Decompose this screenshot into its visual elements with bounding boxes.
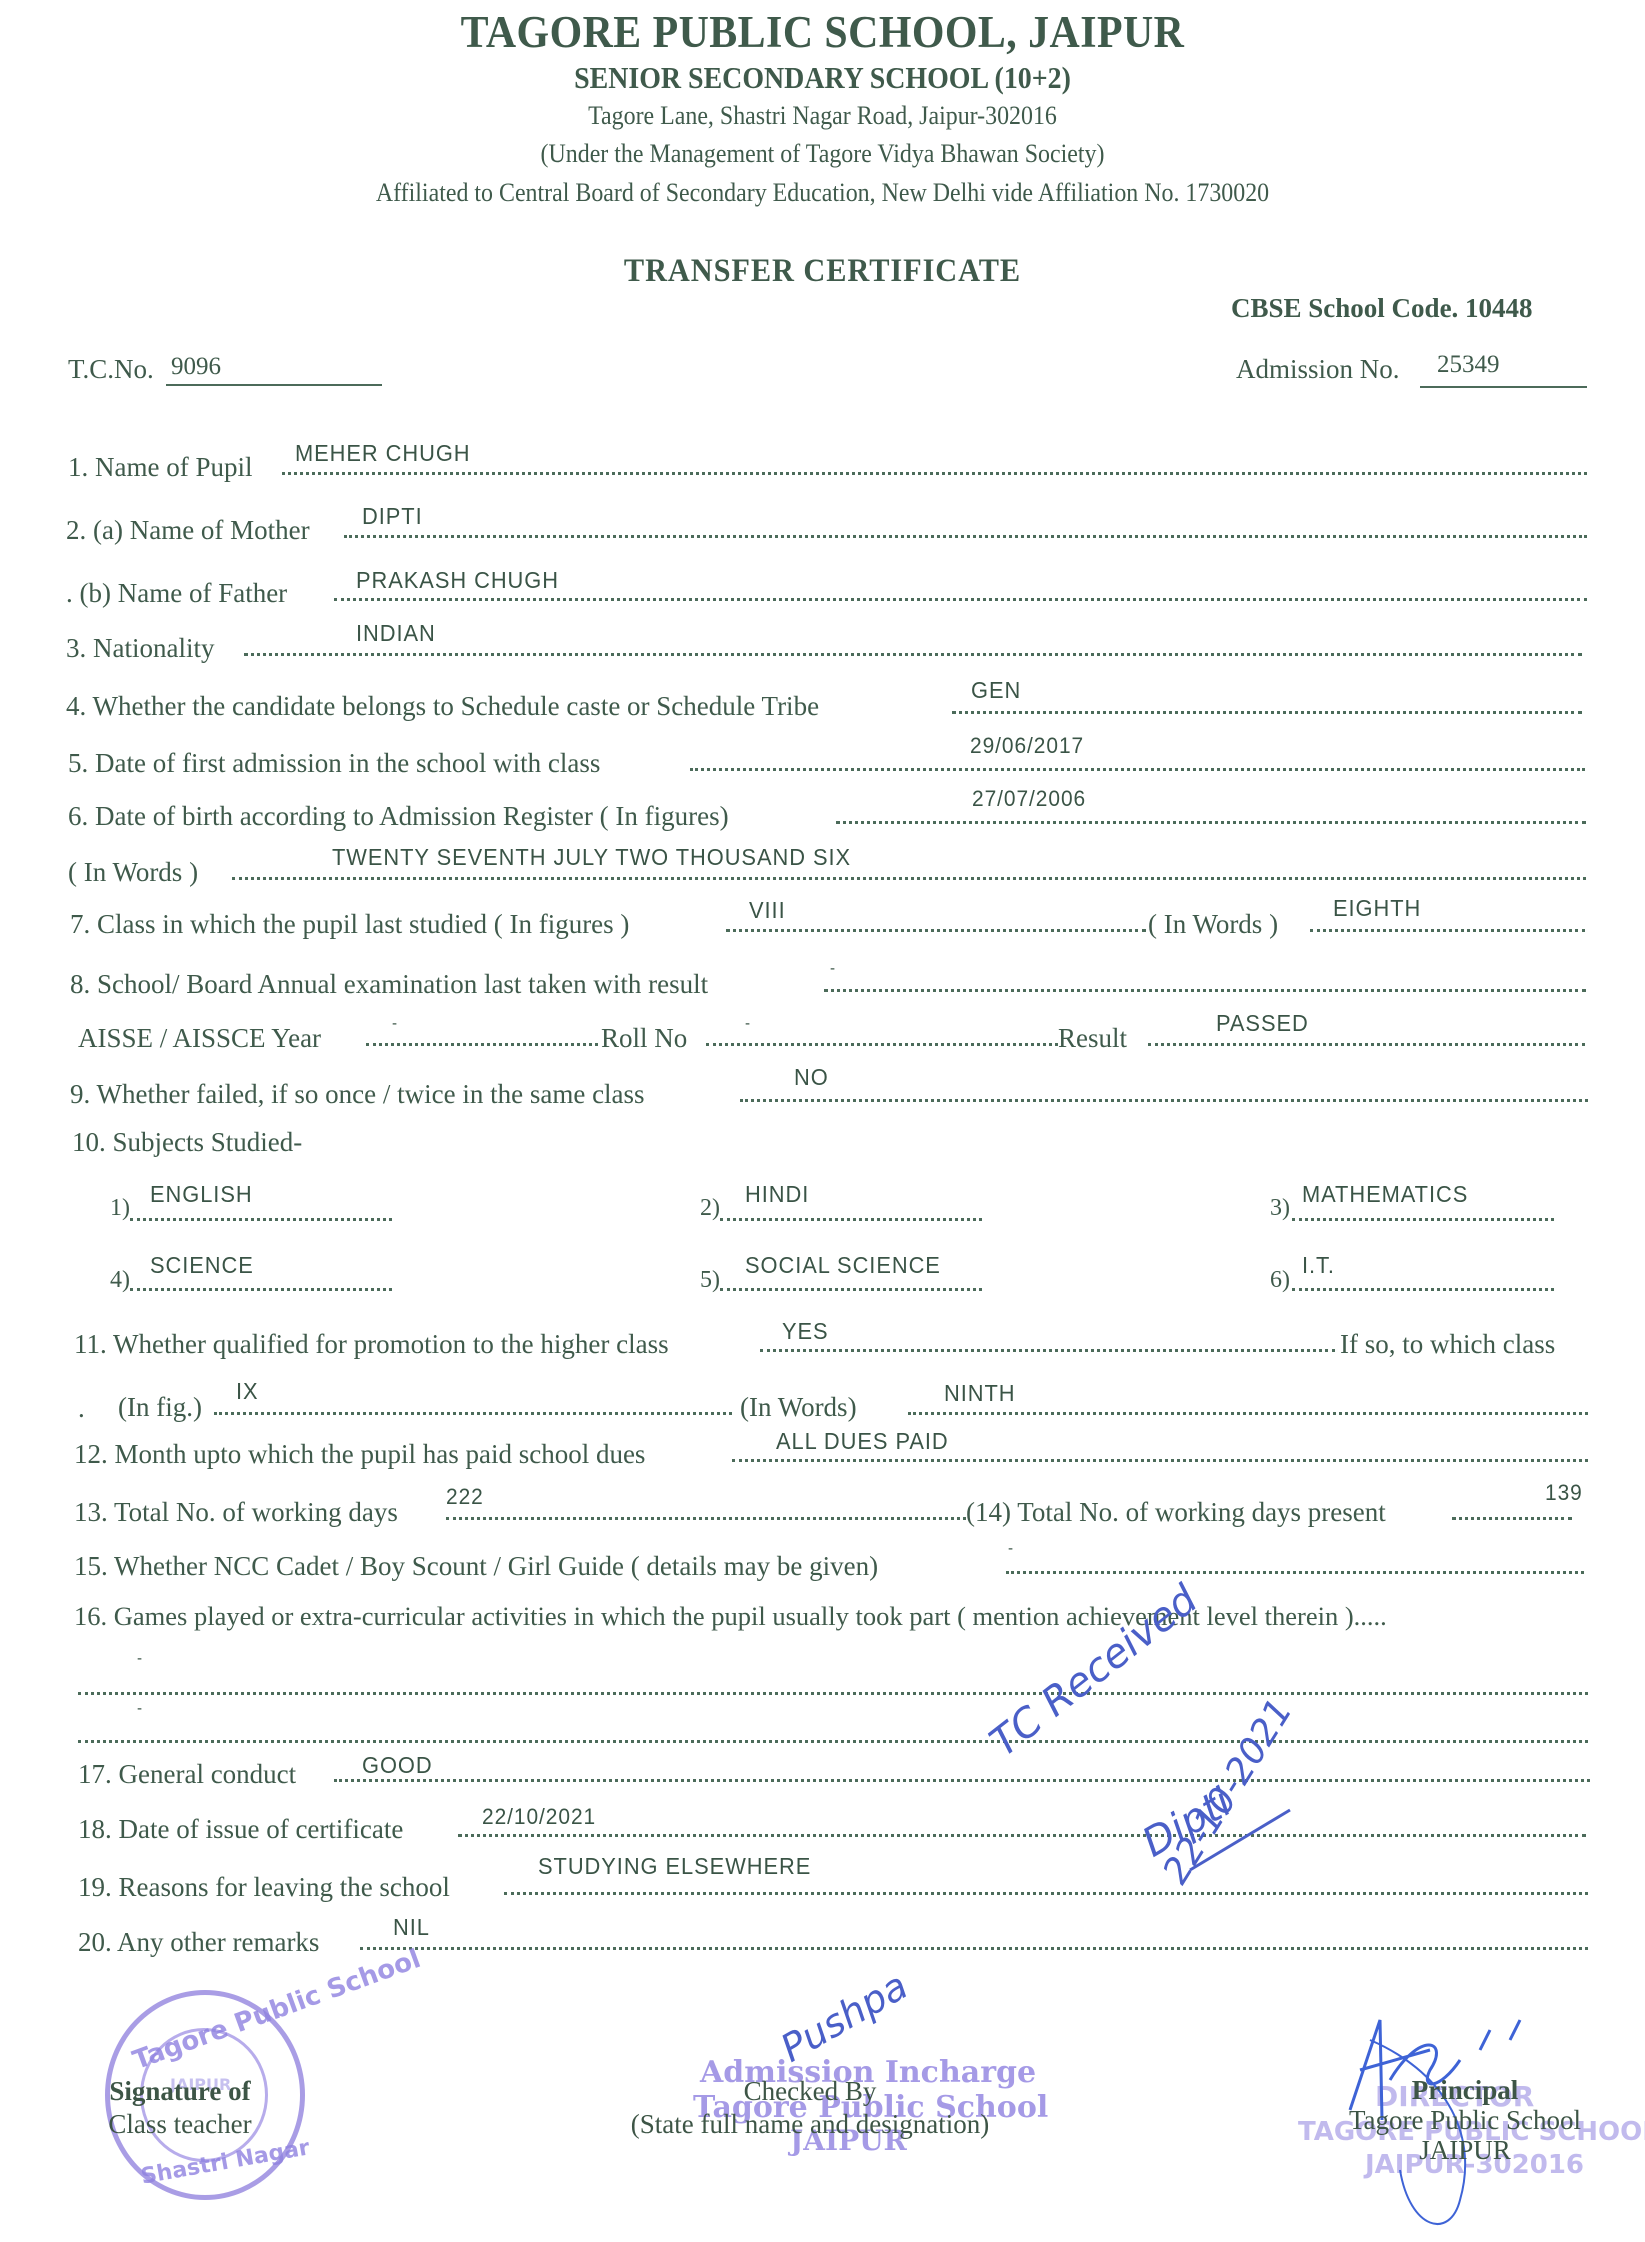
dotted-line <box>366 1043 598 1046</box>
subject-number: 6) <box>1270 1264 1290 1296</box>
dotted-line <box>726 929 1146 932</box>
admission-number-label: Admission No. <box>1236 353 1400 385</box>
dotted-line <box>824 989 1586 992</box>
field-label-aisse-year: AISSE / AISSCE Year <box>78 1022 321 1054</box>
subject-name: SCIENCE <box>150 1252 254 1279</box>
father-name-value: PRAKASH CHUGH <box>356 567 559 594</box>
field-label-first-admission: 5. Date of first admission in the school… <box>68 747 600 779</box>
dotted-line <box>1310 929 1585 932</box>
conduct-value: GOOD <box>362 1752 433 1779</box>
field-label-mother-name: 2. (a) Name of Mother <box>66 514 310 546</box>
last-class-words-value: EIGHTH <box>1333 895 1421 922</box>
school-name: TAGORE PUBLIC SCHOOL, JAIPUR <box>58 6 1588 58</box>
field-label-dues: 12. Month upto which the pupil has paid … <box>74 1438 645 1470</box>
dotted-line <box>130 1288 392 1291</box>
subject-name: HINDI <box>745 1181 809 1208</box>
dotted-line <box>446 1517 966 1520</box>
field-label-promotion-words: (In Words) <box>740 1391 857 1423</box>
tc-number-underline <box>166 384 382 386</box>
class-teacher-line2: Class teacher <box>80 2108 280 2141</box>
field-label-last-class: 7. Class in which the pupil last studied… <box>70 908 629 940</box>
dotted-line <box>720 1218 982 1221</box>
field-label-promotion: 11. Whether qualified for promotion to t… <box>74 1328 669 1360</box>
field-label-issue-date: 18. Date of issue of certificate <box>78 1813 403 1845</box>
subject-number: 1) <box>110 1192 130 1224</box>
dotted-line <box>720 1288 982 1291</box>
dotted-line <box>78 1740 1588 1743</box>
dotted-line <box>78 1692 1588 1695</box>
promotion-which-class-label: If so, to which class <box>1340 1328 1555 1360</box>
dotted-line <box>504 1892 1588 1895</box>
class-teacher-line1: Signature of <box>80 2075 280 2108</box>
dotted-line <box>344 535 1587 538</box>
document-title: TRANSFER CERTIFICATE <box>66 253 1579 290</box>
ncc-value: - <box>1008 1540 1014 1558</box>
subject-name: ENGLISH <box>150 1181 253 1208</box>
dotted-line <box>706 1043 1058 1046</box>
dotted-line <box>1452 1517 1572 1520</box>
promotion-fig-value: IX <box>236 1378 259 1405</box>
field-label-last-class-words: ( In Words ) <box>1148 908 1278 940</box>
activities-line2-value: - <box>137 1700 143 1718</box>
subject-number: 5) <box>700 1264 720 1296</box>
field-label-exam-result: 8. School/ Board Annual examination last… <box>70 968 708 1000</box>
school-type: SENIOR SECONDARY SCHOOL (10+2) <box>82 60 1563 96</box>
mother-name-value: DIPTI <box>362 503 423 530</box>
dotted-line <box>334 598 1587 601</box>
first-admission-value: 29/06/2017 <box>970 733 1084 759</box>
dotted-line <box>760 1349 1335 1352</box>
field-label-promotion-fig: (In fig.) <box>118 1391 202 1423</box>
working-days-value: 222 <box>446 1484 484 1510</box>
field-label-dob-words: ( In Words ) <box>68 856 198 888</box>
tc-number-value: 9096 <box>171 351 221 383</box>
dob-words-value: TWENTY SEVENTH JULY TWO THOUSAND SIX <box>332 844 851 871</box>
field-label-failed: 9. Whether failed, if so once / twice in… <box>70 1078 645 1110</box>
dotted-line <box>244 653 1582 656</box>
dotted-line <box>732 1459 1588 1462</box>
aisse-year-value: - <box>392 1015 398 1033</box>
field-label-working-days: 13. Total No. of working days <box>74 1496 398 1528</box>
subject-number: 2) <box>700 1192 720 1224</box>
dotted-line <box>1148 1043 1585 1046</box>
dob-figures-value: 27/07/2006 <box>972 786 1086 812</box>
affiliation-line: Affiliated to Central Board of Secondary… <box>66 178 1579 208</box>
exam-result-value: - <box>830 960 836 978</box>
caste-value: GEN <box>971 677 1021 704</box>
field-label-result: Result <box>1058 1022 1127 1054</box>
promotion-bullet: . <box>78 1392 85 1424</box>
pupil-name-value: MEHER CHUGH <box>295 440 471 467</box>
dotted-line <box>334 1779 1590 1782</box>
subject-name: I.T. <box>1302 1252 1335 1279</box>
field-label-pupil-name: 1. Name of Pupil <box>68 451 252 483</box>
field-label-dob-figures: 6. Date of birth according to Admission … <box>68 800 729 832</box>
dotted-line <box>360 1947 1588 1950</box>
promotion-value: YES <box>782 1318 829 1345</box>
dotted-line <box>908 1412 1588 1415</box>
checked-by-label: Checked By (State full name and designat… <box>580 2075 1040 2141</box>
failed-value: NO <box>794 1064 829 1091</box>
dotted-line <box>458 1834 1586 1837</box>
field-label-remarks: 20. Any other remarks <box>78 1926 319 1958</box>
management-line: (Under the Management of Tagore Vidya Bh… <box>66 139 1579 169</box>
subject-number: 4) <box>110 1264 130 1296</box>
class-teacher-signature-label: Signature of Class teacher <box>80 2075 280 2141</box>
principal-line2: Tagore Public School <box>1300 2105 1630 2135</box>
admission-number-underline <box>1420 386 1587 388</box>
dotted-line <box>1006 1571 1584 1574</box>
admission-number-value: 25349 <box>1437 349 1500 381</box>
field-label-ncc: 15. Whether NCC Cadet / Boy Scount / Gir… <box>74 1550 878 1582</box>
issue-date-value: 22/10/2021 <box>482 1804 596 1830</box>
principal-line3: JAIPUR <box>1300 2135 1630 2165</box>
roll-no-value: - <box>745 1015 751 1033</box>
field-label-father-name: . (b) Name of Father <box>66 577 287 609</box>
dotted-line <box>740 1099 1588 1102</box>
dotted-line <box>952 711 1582 714</box>
principal-label: Principal Tagore Public School JAIPUR <box>1300 2075 1630 2165</box>
dotted-line <box>836 821 1586 824</box>
dotted-line <box>214 1412 732 1415</box>
field-label-roll-no: Roll No <box>601 1022 687 1054</box>
last-class-figures-value: VIII <box>749 897 786 924</box>
nationality-value: INDIAN <box>356 620 436 647</box>
checked-by-line1: Checked By <box>580 2075 1040 2108</box>
principal-line1: Principal <box>1300 2075 1630 2105</box>
field-label-leaving-reason: 19. Reasons for leaving the school <box>78 1871 450 1903</box>
subject-number: 3) <box>1270 1192 1290 1224</box>
tc-number-label: T.C.No. <box>68 353 154 385</box>
dotted-line <box>232 877 1586 880</box>
subject-name: MATHEMATICS <box>1302 1181 1468 1208</box>
field-label-conduct: 17. General conduct <box>78 1758 296 1790</box>
promotion-words-value: NINTH <box>944 1380 1016 1407</box>
leaving-reason-value: STUDYING ELSEWHERE <box>538 1853 811 1880</box>
days-present-value: 139 <box>1545 1480 1583 1506</box>
field-label-caste: 4. Whether the candidate belongs to Sche… <box>66 690 819 722</box>
result-value: PASSED <box>1216 1010 1309 1037</box>
field-label-days-present: (14) Total No. of working days present <box>966 1496 1386 1528</box>
dotted-line <box>282 472 1587 475</box>
dotted-line <box>1292 1218 1554 1221</box>
remarks-value: NIL <box>393 1914 430 1941</box>
activities-line1-value: - <box>137 1650 143 1668</box>
dotted-line <box>130 1218 392 1221</box>
dotted-line <box>690 768 1585 771</box>
field-label-subjects: 10. Subjects Studied- <box>72 1126 302 1158</box>
school-address: Tagore Lane, Shastri Nagar Road, Jaipur-… <box>66 101 1579 131</box>
cbse-school-code: CBSE School Code. 10448 <box>1231 293 1533 324</box>
field-label-nationality: 3. Nationality <box>66 632 214 664</box>
dues-value: ALL DUES PAID <box>776 1428 949 1455</box>
dotted-line <box>1292 1288 1554 1291</box>
subject-name: SOCIAL SCIENCE <box>745 1252 941 1279</box>
checked-by-line2: (State full name and designation) <box>580 2108 1040 2141</box>
